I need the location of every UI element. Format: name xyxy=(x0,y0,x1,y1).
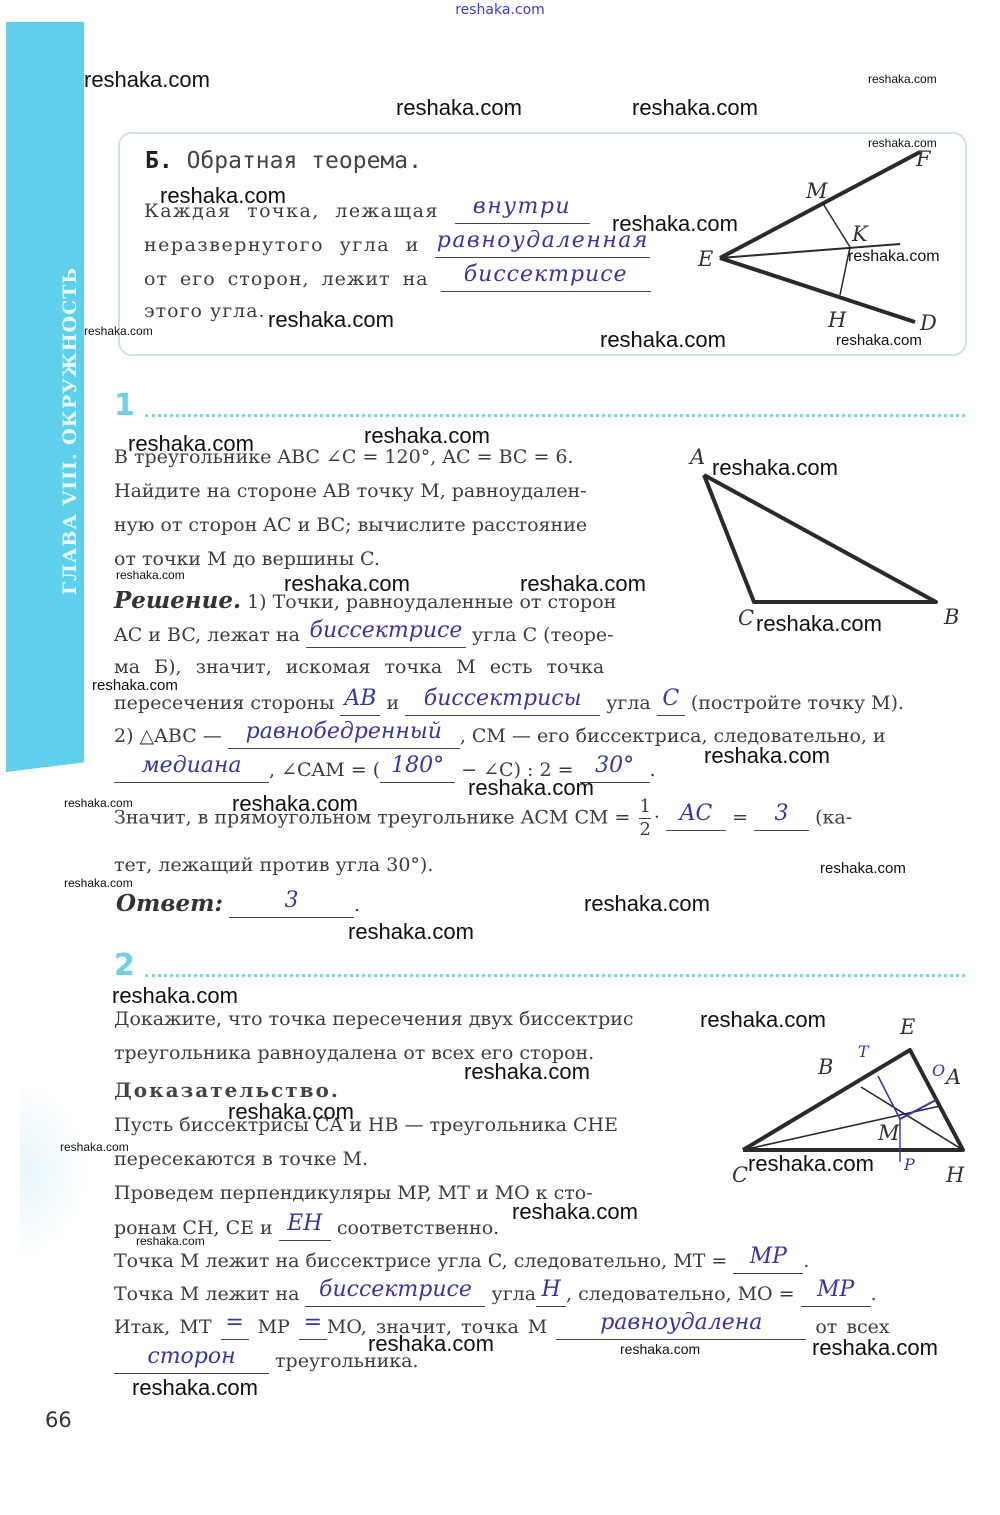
solution-line-3: ма Б), значит, искомая точка M есть точк… xyxy=(114,656,604,678)
watermark[interactable]: reshaka.com xyxy=(84,67,210,93)
label-F: F xyxy=(915,147,932,171)
proof-blank-mp-1[interactable]: MP xyxy=(733,1248,803,1274)
theorem-line-2: неразвернутого угла и равноудаленная xyxy=(144,232,650,258)
watermark[interactable]: reshaka.com xyxy=(868,72,937,86)
label-O: O xyxy=(932,1061,945,1080)
watermark[interactable]: reshaka.com xyxy=(620,1341,700,1357)
solution-blank-ab[interactable]: AB xyxy=(340,690,380,716)
top-watermark[interactable]: reshaka.com xyxy=(0,2,1000,18)
decorative-fade xyxy=(20,1080,90,1260)
page-number: 66 xyxy=(45,1408,72,1432)
proof-blank-eh[interactable]: EH xyxy=(279,1215,331,1241)
watermark[interactable]: reshaka.com xyxy=(612,211,738,237)
label-E: E xyxy=(697,247,713,271)
theorem-blank-3[interactable]: биссектрисе xyxy=(441,266,651,292)
watermark[interactable]: reshaka.com xyxy=(84,324,153,338)
proof-line-7: Итак, MT = MP =MO, значит, точка M равно… xyxy=(114,1314,890,1340)
label-B: B xyxy=(817,1055,833,1079)
label-H: H xyxy=(945,1163,965,1187)
watermark[interactable]: reshaka.com xyxy=(232,791,358,817)
label-M: M xyxy=(877,1121,900,1145)
label-P: P xyxy=(903,1155,915,1174)
proof-blank-eq-2[interactable]: = xyxy=(299,1314,327,1340)
task-1-problem-4: от точки M до вершины C. xyxy=(114,548,380,570)
solution-blank-bisector-2[interactable]: биссектрисы xyxy=(405,690,600,716)
answer-blank[interactable]: 3 xyxy=(229,892,354,918)
watermark[interactable]: reshaka.com xyxy=(756,611,882,637)
label-B: B xyxy=(943,605,959,629)
watermark[interactable]: reshaka.com xyxy=(160,183,286,209)
solution-line-7: Значит, в прямоугольном треугольнике ACM… xyxy=(114,796,852,841)
proof-blank-bisector[interactable]: биссектрисе xyxy=(305,1281,485,1307)
task-1-problem-2: Найдите на стороне AB точку M, равноудал… xyxy=(114,480,587,502)
solution-blank-bisector[interactable]: биссектрисе xyxy=(306,622,466,648)
watermark[interactable]: reshaka.com xyxy=(396,95,522,121)
proof-blank-sides[interactable]: сторон xyxy=(114,1348,269,1374)
label-C: C xyxy=(738,606,754,630)
watermark[interactable]: reshaka.com xyxy=(468,775,594,801)
label-A: A xyxy=(944,1065,961,1089)
watermark[interactable]: reshaka.com xyxy=(132,1375,258,1401)
label-K: K xyxy=(851,222,869,246)
watermark[interactable]: reshaka.com xyxy=(584,891,710,917)
label-H: H xyxy=(827,308,847,332)
watermark[interactable]: reshaka.com xyxy=(348,919,474,945)
watermark[interactable]: reshaka.com xyxy=(364,423,490,449)
watermark[interactable]: reshaka.com xyxy=(700,1007,826,1033)
solution-blank-ac[interactable]: AC xyxy=(666,805,726,831)
task-1-problem-3: ную от сторон AC и BC; вычислите расстоя… xyxy=(114,514,587,536)
watermark[interactable]: reshaka.com xyxy=(712,455,838,481)
theorem-blank-1[interactable]: внутри xyxy=(455,198,590,224)
task-2-number: 2 xyxy=(114,948,135,983)
solution-line-4: пересечения стороны AB и биссектрисы угл… xyxy=(114,690,904,716)
watermark[interactable]: reshaka.com xyxy=(748,1151,874,1177)
watermark[interactable]: reshaka.com xyxy=(64,876,133,890)
watermark[interactable]: reshaka.com xyxy=(868,136,937,150)
watermark[interactable]: reshaka.com xyxy=(848,248,940,266)
solution-line-8: тет, лежащий против угла 30°). xyxy=(114,854,433,876)
proof-line-2: пересекаются в точке M. xyxy=(114,1148,368,1170)
watermark[interactable]: reshaka.com xyxy=(116,568,185,582)
watermark[interactable]: reshaka.com xyxy=(92,677,178,694)
task-1-divider xyxy=(145,414,965,417)
watermark[interactable]: reshaka.com xyxy=(704,743,830,769)
label-C: C xyxy=(732,1163,748,1187)
solution-line-2: AC и BC, лежат на биссектрисе угла C (те… xyxy=(114,622,614,648)
proof-line-1: Пусть биссектрисы CA и HB — треугольника… xyxy=(114,1114,618,1136)
chapter-title: ГЛАВА VIII. ОКРУЖНОСТЬ xyxy=(59,221,81,641)
watermark[interactable]: reshaka.com xyxy=(136,1234,205,1248)
answer-line: Ответ: 3. xyxy=(116,890,360,918)
proof-line-5: Точка M лежит на биссектрисе угла C, сле… xyxy=(114,1248,809,1274)
solution-blank-median[interactable]: медиана xyxy=(114,757,269,783)
proof-blank-equidistant[interactable]: равноудалена xyxy=(556,1314,806,1340)
fraction-one-half: 12 xyxy=(639,796,650,841)
label-M: M xyxy=(805,179,828,203)
watermark[interactable]: reshaka.com xyxy=(284,571,410,597)
watermark[interactable]: reshaka.com xyxy=(128,431,254,457)
watermark[interactable]: reshaka.com xyxy=(512,1199,638,1225)
watermark[interactable]: reshaka.com xyxy=(228,1099,354,1125)
watermark[interactable]: reshaka.com xyxy=(112,983,238,1009)
solution-blank-180[interactable]: 180° xyxy=(380,757,455,783)
proof-blank-mp-2[interactable]: MP xyxy=(801,1281,871,1307)
watermark[interactable]: reshaka.com xyxy=(64,796,133,810)
proof-blank-eq-1[interactable]: = xyxy=(221,1314,249,1340)
theorem-line-3: от его сторон, лежит на биссектрисе xyxy=(144,266,651,292)
proof-blank-h[interactable]: H xyxy=(536,1281,566,1307)
watermark[interactable]: reshaka.com xyxy=(368,1331,494,1357)
solution-blank-angle[interactable]: C xyxy=(657,690,685,716)
solution-blank-3[interactable]: 3 xyxy=(754,805,809,831)
task-2-divider xyxy=(145,974,965,977)
proof-line-6: Точка M лежит на биссектрисе углаH, след… xyxy=(114,1281,877,1307)
angle-bisector-figure: E F M K H D xyxy=(690,140,960,340)
watermark[interactable]: reshaka.com xyxy=(464,1059,590,1085)
watermark[interactable]: reshaka.com xyxy=(836,332,922,349)
watermark[interactable]: reshaka.com xyxy=(520,571,646,597)
watermark[interactable]: reshaka.com xyxy=(820,860,906,877)
task-2-problem-1: Докажите, что точка пересечения двух бис… xyxy=(114,1008,634,1030)
task-1-number: 1 xyxy=(114,388,135,423)
label-E: E xyxy=(899,1015,915,1039)
solution-blank-isosceles[interactable]: равнобедренный xyxy=(228,723,460,749)
label-A: A xyxy=(688,445,705,469)
watermark[interactable]: reshaka.com xyxy=(600,327,726,353)
watermark[interactable]: reshaka.com xyxy=(812,1335,938,1361)
watermark[interactable]: reshaka.com xyxy=(268,307,394,333)
label-T: T xyxy=(858,1042,870,1061)
watermark[interactable]: reshaka.com xyxy=(632,95,758,121)
theorem-title: Б. Обратная теорема. xyxy=(145,148,422,174)
watermark[interactable]: reshaka.com xyxy=(60,1140,129,1154)
theorem-line-4: этого угла. xyxy=(144,300,266,322)
